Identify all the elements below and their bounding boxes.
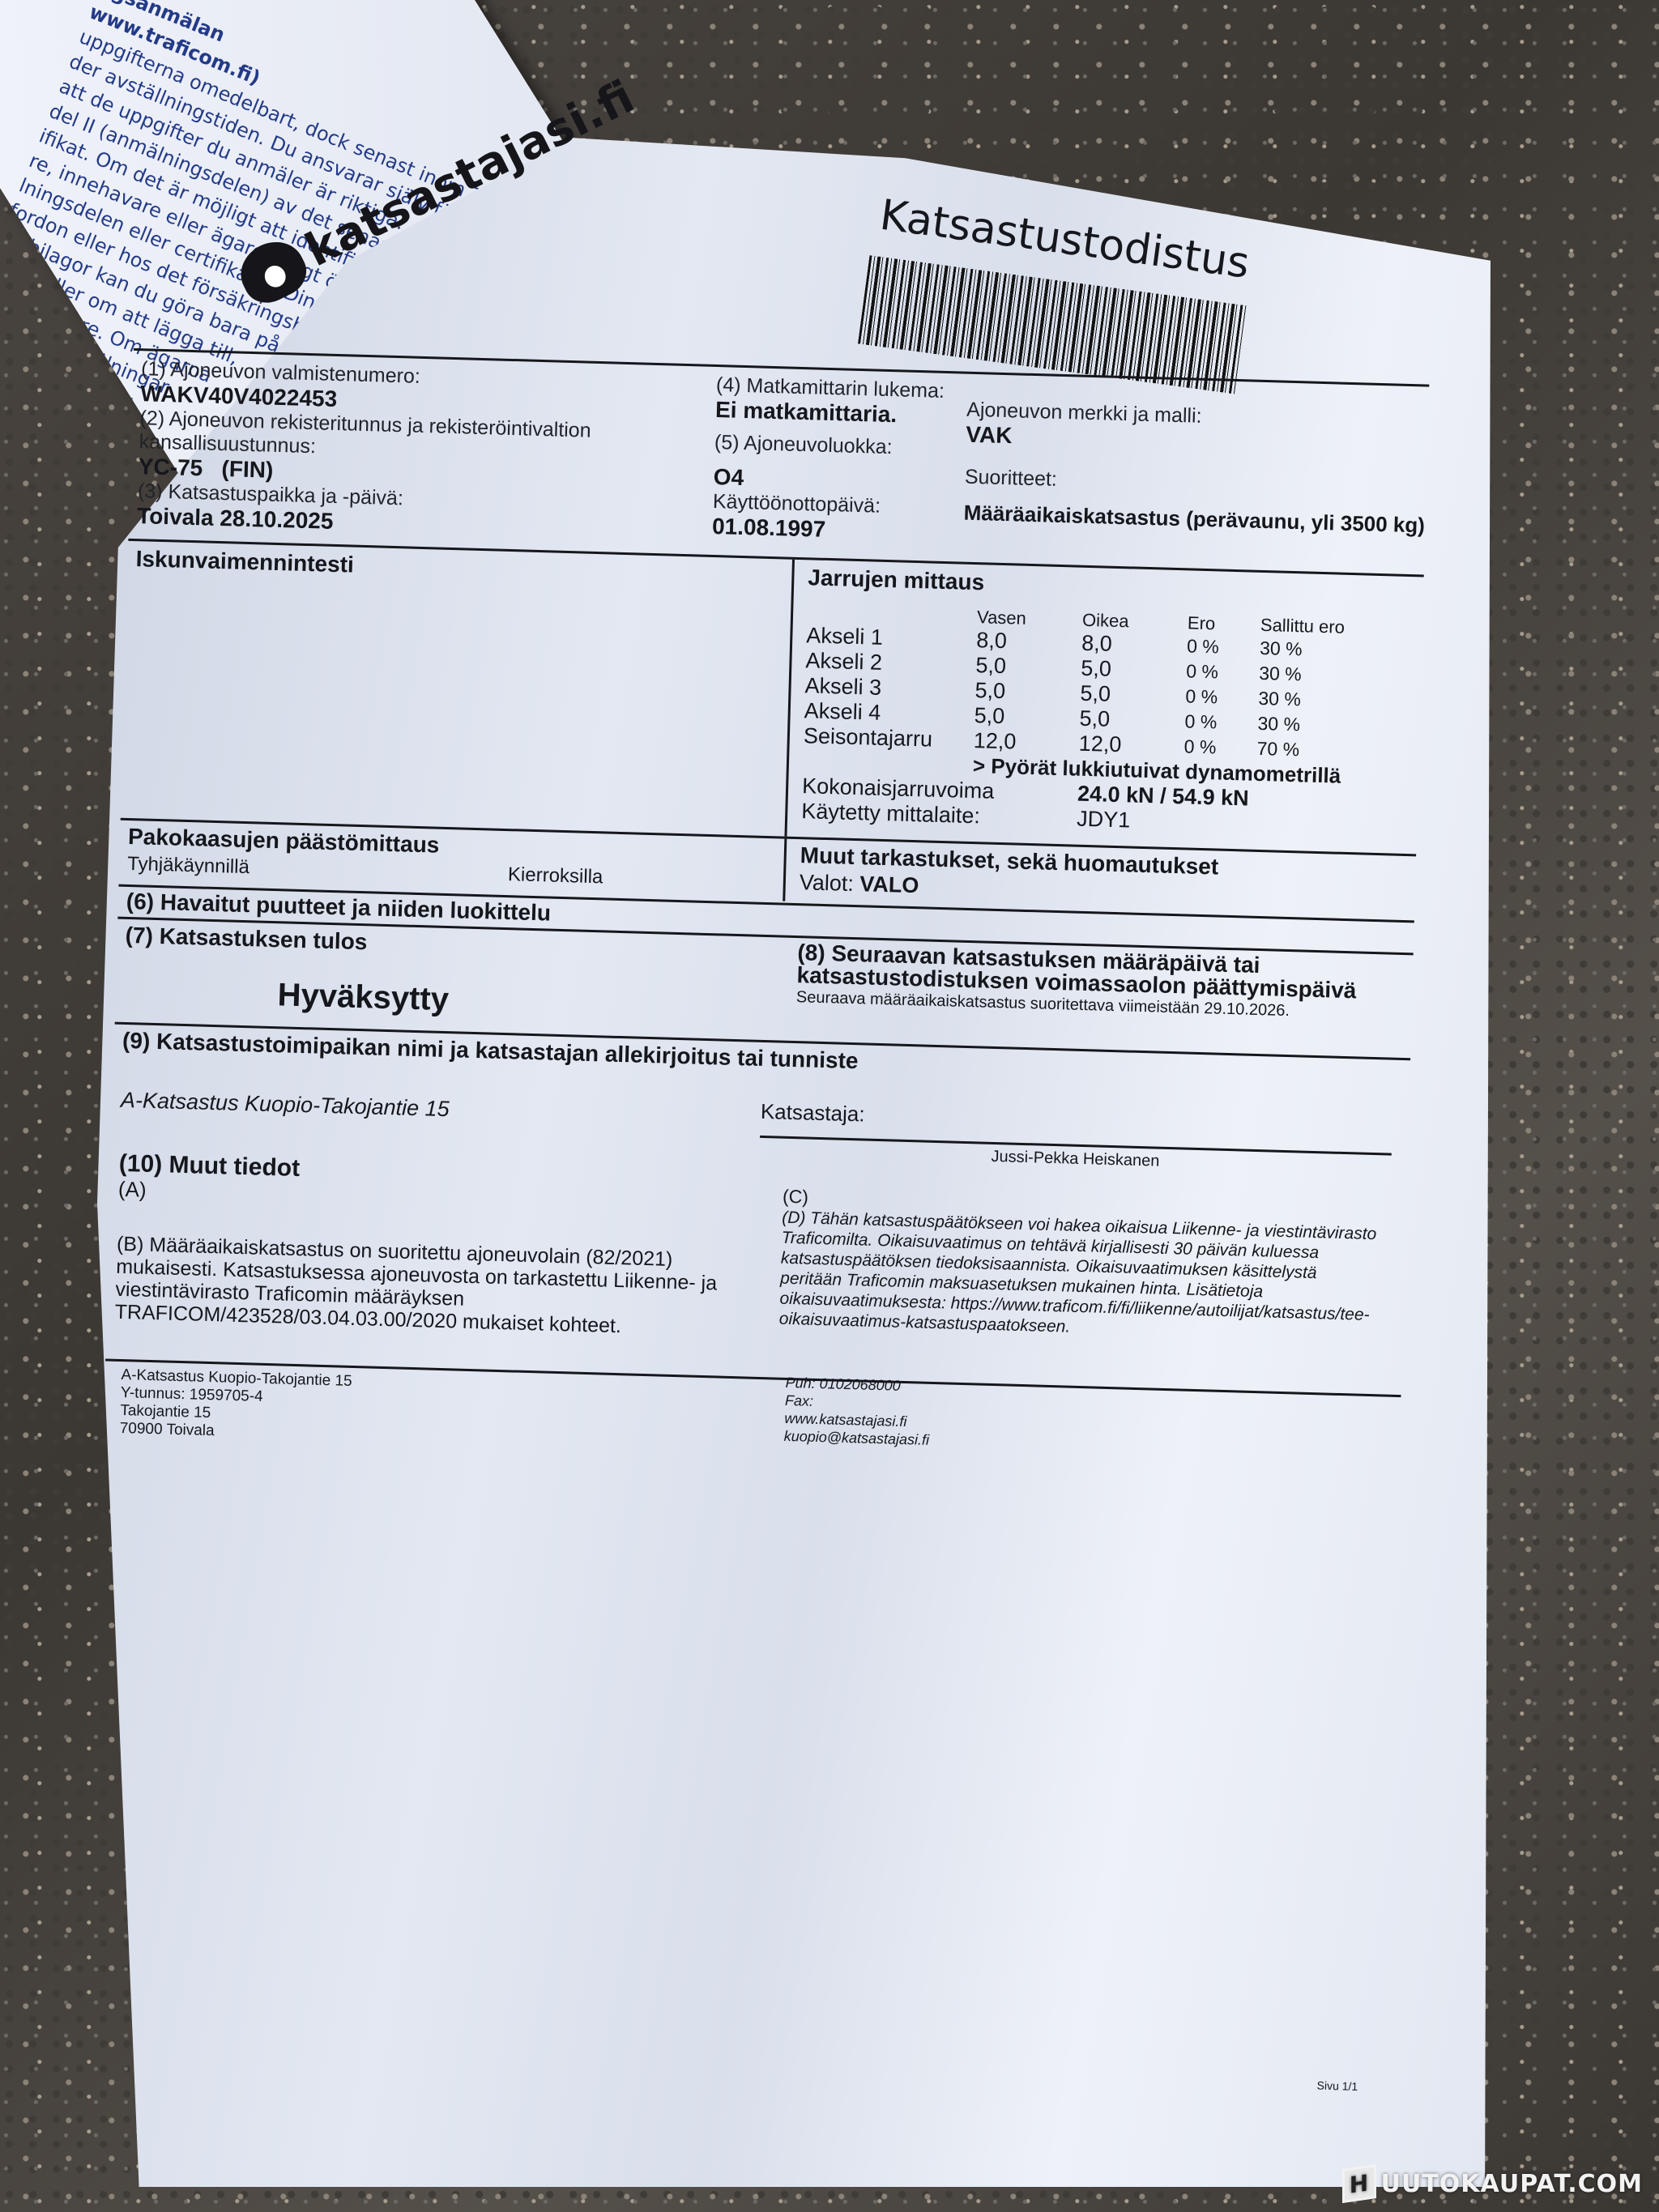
brake-value: 12,0 — [1078, 731, 1184, 760]
footer-contact: Puh: 0102068000 Fax: www.katsastajasi.fi… — [783, 1374, 931, 1449]
shock-test-title: Iskunvaimennintesti — [135, 546, 354, 578]
rpm-label: Kierroksilla — [508, 863, 603, 889]
huutokaupat-watermark: H UUTOKAUPAT.COM — [1342, 2167, 1643, 2201]
device-value: JDY1 — [1077, 807, 1131, 833]
brake-value: 0 % — [1184, 709, 1258, 736]
brake-value: 5,0 — [1081, 656, 1187, 684]
brake-measurement: Jarrujen mittaus VasenOikeaEroSallittu e… — [801, 565, 1424, 841]
footer-email-link[interactable]: kuopio@katsastajasi.fi — [783, 1427, 929, 1449]
page-number: Sivu 1/1 — [1316, 2079, 1358, 2093]
brake-value: 70 % — [1256, 736, 1356, 764]
watermark-text: UUTOKAUPAT.COM — [1381, 2170, 1643, 2198]
brake-value: 8,0 — [1081, 631, 1188, 659]
brake-value: 5,0 — [1080, 681, 1186, 710]
tests-section: Iskunvaimennintesti Jarrujen mittaus Vas… — [121, 539, 1424, 855]
result-title: (7) Katsastuksen tulos — [125, 923, 368, 955]
brake-value: 12,0 — [973, 728, 1079, 757]
brake-value: 0 % — [1186, 658, 1260, 686]
vehicle-class-label: (5) Ajoneuvoluokka: — [714, 431, 958, 461]
vehicle-header: (1) Ajoneuvon valmistenumero: WAKV40V402… — [129, 348, 1430, 571]
station-name: A-Katsastus Kuopio-Takojantie 15 — [121, 1088, 450, 1122]
brake-value: 5,0 — [975, 653, 1081, 681]
brake-value: 8,0 — [976, 628, 1082, 656]
performed-label: Suoritteet: — [965, 466, 1427, 502]
brake-value: 30 % — [1259, 661, 1358, 688]
brake-value: 0 % — [1183, 734, 1257, 761]
brake-column-header: Sallittu ero — [1260, 615, 1360, 638]
inspector-label: Katsastaja: — [761, 1099, 1393, 1142]
other-info-section: (10) Muut tiedot (A) (B) Määräaikaiskats… — [105, 1150, 1406, 1389]
brake-value: 5,0 — [974, 703, 1080, 731]
brake-table: VasenOikeaEroSallittu ero Akseli 18,08,0… — [803, 602, 1359, 764]
brake-value: 30 % — [1257, 711, 1357, 739]
brake-value: 0 % — [1187, 633, 1260, 661]
brake-value: 0 % — [1185, 684, 1259, 711]
lights-label: Valot: — [799, 870, 854, 896]
brake-value: 5,0 — [1079, 706, 1185, 735]
result-value: Hyväksytty — [277, 977, 449, 1018]
brake-column-header: Ero — [1188, 612, 1261, 636]
lights-value: VALO — [859, 872, 919, 897]
huutokaupat-logo-icon: H — [1342, 2164, 1376, 2203]
brake-column-header: Oikea — [1082, 610, 1188, 634]
brake-value: 5,0 — [975, 678, 1081, 706]
performed-value: Määräaikaiskatsastus (perävaunu, yli 350… — [963, 501, 1426, 539]
other-info-d: (D) Tähän katsastuspäätökseen voi hakea … — [778, 1208, 1381, 1346]
footer-address: A-Katsastus Kuopio-Takojantie 15 Y-tunnu… — [119, 1366, 352, 1444]
brake-value: 30 % — [1258, 686, 1358, 714]
brake-axle-label: Seisontajarru — [803, 723, 974, 753]
brake-value: 30 % — [1260, 636, 1359, 663]
other-info-b: (B) Määräaikaiskatsastus on suoritettu a… — [114, 1233, 748, 1341]
brake-column-header: Vasen — [977, 607, 1083, 631]
